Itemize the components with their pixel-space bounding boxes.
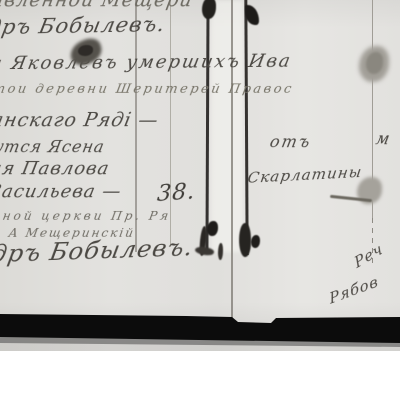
black-table-edge <box>0 0 400 351</box>
register-paper-page: авленной Мещери дръ Бобылевъ. и Яковлевъ… <box>0 0 400 351</box>
white-margin <box>0 351 400 400</box>
scanned-register-photo: авленной Мещери дръ Бобылевъ. и Яковлевъ… <box>0 0 400 400</box>
